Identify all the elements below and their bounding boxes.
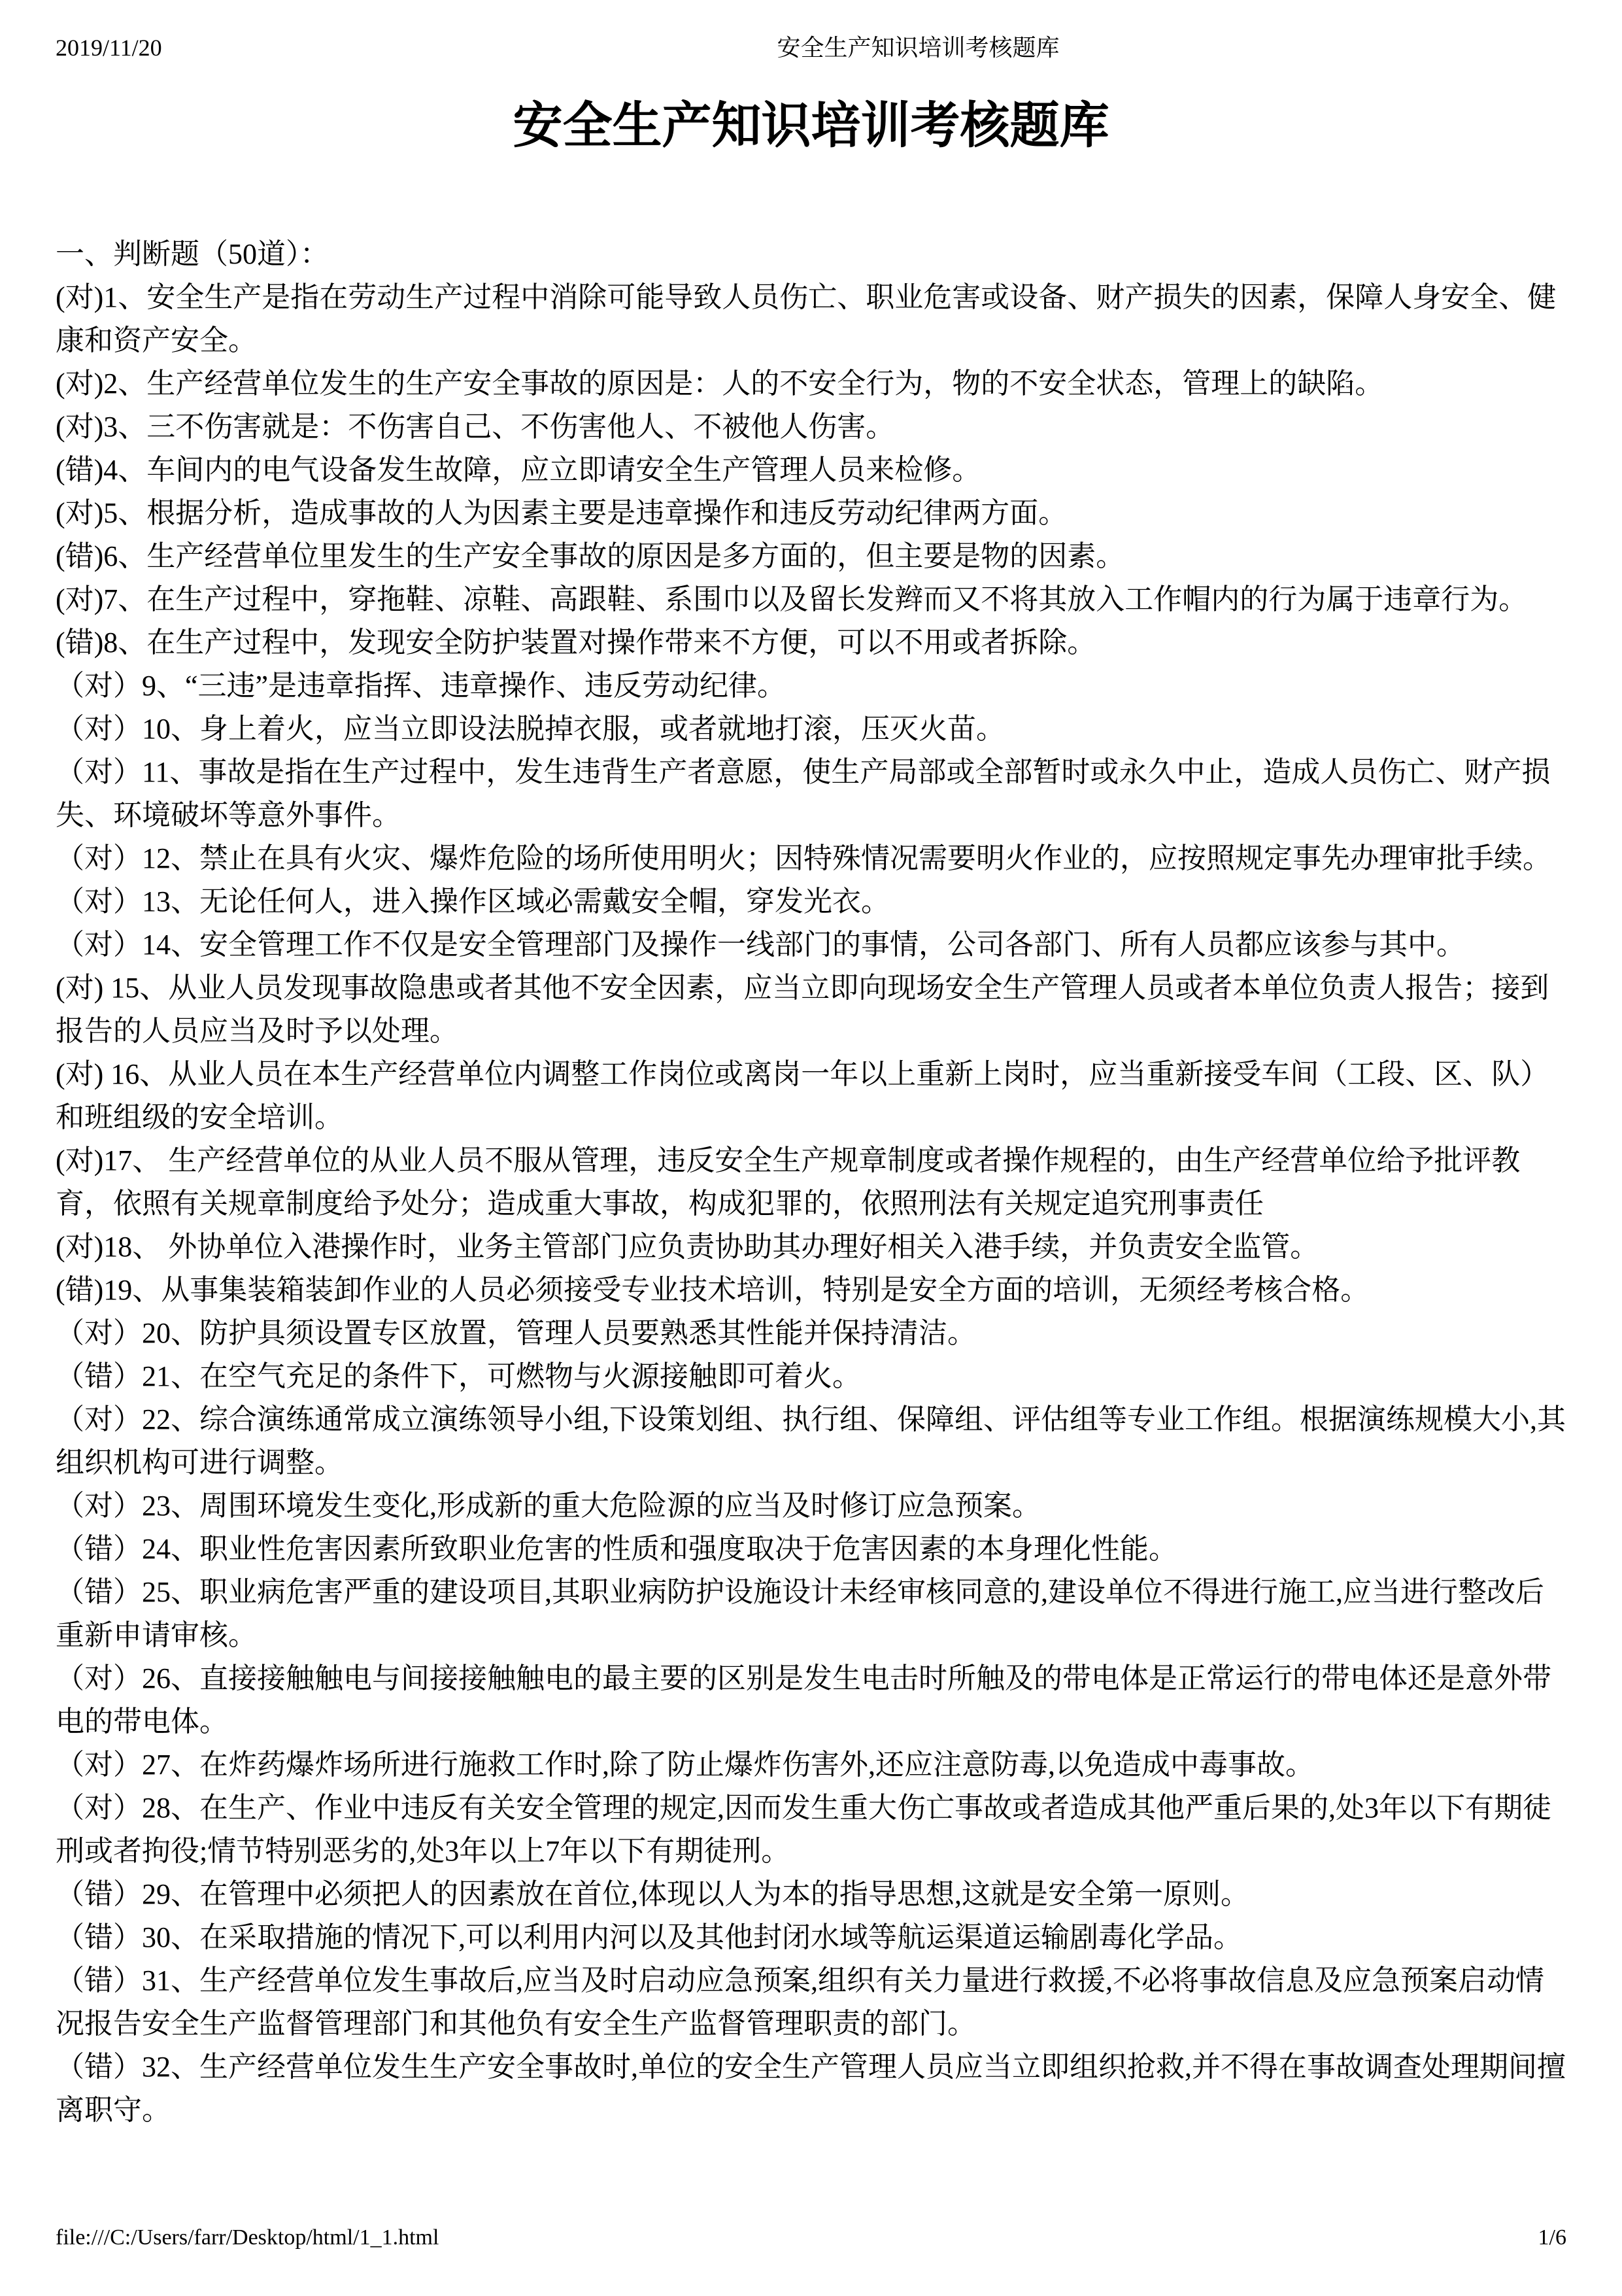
running-header-title: 安全生产知识培训考核题库 — [777, 33, 1060, 63]
question-item: （错）31、生产经营单位发生事故后,应当及时启动应急预案,组织有关力量进行救援,… — [56, 1959, 1569, 2046]
question-item: （错）29、在管理中必须把人的因素放在首位,体现以人为本的指导思想,这就是安全第… — [56, 1873, 1569, 1916]
question-item: （错）21、在空气充足的条件下，可燃物与火源接触即可着火。 — [56, 1355, 1569, 1398]
question-item: (对)5、根据分析，造成事故的人为因素主要是违章操作和违反劳动纪律两方面。 — [56, 492, 1569, 535]
question-item: （对）23、周围环境发生变化,形成新的重大危险源的应当及时修订应急预案。 — [56, 1484, 1569, 1528]
question-item: （对）28、在生产、作业中违反有关安全管理的规定,因而发生重大伤亡事故或者造成其… — [56, 1787, 1569, 1873]
question-item: （对）9、“三违”是违章指挥、违章操作、违反劳动纪律。 — [56, 664, 1569, 708]
document-title: 安全生产知识培训考核题库 — [0, 98, 1622, 155]
question-item: （对）20、防护具须设置专区放置，管理人员要熟悉其性能并保持清洁。 — [56, 1312, 1569, 1355]
section-heading: 一、判断题（50道）： — [56, 233, 1569, 276]
question-item: (对)18、 外协单位入港操作时，业务主管部门应负责协助其办理好相关入港手续，并… — [56, 1225, 1569, 1269]
file-path: file:///C:/Users/farr/Desktop/html/1_1.h… — [56, 2223, 439, 2252]
question-item: （对）12、禁止在具有火灾、爆炸危险的场所使用明火；因特殊情况需要明火作业的，应… — [56, 837, 1569, 880]
question-item: （对）10、身上着火，应当立即设法脱掉衣服，或者就地打滚，压灭火苗。 — [56, 708, 1569, 751]
question-item: （错）30、在采取措施的情况下,可以利用内河以及其他封闭水域等航运渠道运输剧毒化… — [56, 1916, 1569, 1959]
question-item: （错）32、生产经营单位发生生产安全事故时,单位的安全生产管理人员应当立即组织抢… — [56, 2046, 1569, 2132]
question-item: （对）13、无论任何人，进入操作区域必需戴安全帽，穿发光衣。 — [56, 880, 1569, 923]
question-item: (对) 15、从业人员发现事故隐患或者其他不安全因素，应当立即向现场安全生产管理… — [56, 967, 1569, 1053]
question-item: (对)7、在生产过程中，穿拖鞋、凉鞋、高跟鞋、系围巾以及留长发辫而又不将其放入工… — [56, 578, 1569, 621]
document-page: 2019/11/20 安全生产知识培训考核题库 安全生产知识培训考核题库 一、判… — [0, 0, 1622, 2296]
question-item: (错)19、从事集装箱装卸作业的人员必须接受专业技术培训，特别是安全方面的培训，… — [56, 1269, 1569, 1312]
question-item: （对）27、在炸药爆炸场所进行施救工作时,除了防止爆炸伤害外,还应注意防毒,以免… — [56, 1743, 1569, 1787]
print-date: 2019/11/20 — [56, 33, 162, 63]
question-item: （错）24、职业性危害因素所致职业危害的性质和强度取决于危害因素的本身理化性能。 — [56, 1528, 1569, 1571]
question-list: 一、判断题（50道）： (对)1、安全生产是指在劳动生产过程中消除可能导致人员伤… — [56, 233, 1569, 2132]
print-header: 2019/11/20 安全生产知识培训考核题库 — [56, 33, 1569, 63]
question-item: (对)2、生产经营单位发生的生产安全事故的原因是：人的不安全行为，物的不安全状态… — [56, 362, 1569, 405]
question-item: （错）25、职业病危害严重的建设项目,其职业病防护设施设计未经审核同意的,建设单… — [56, 1571, 1569, 1657]
question-item: (错)4、车间内的电气设备发生故障，应立即请安全生产管理人员来检修。 — [56, 449, 1569, 492]
question-item: (对)17、 生产经营单位的从业人员不服从管理，违反安全生产规章制度或者操作规程… — [56, 1139, 1569, 1225]
question-item: （对）22、综合演练通常成立演练领导小组,下设策划组、执行组、保障组、评估组等专… — [56, 1398, 1569, 1484]
question-item: (对)1、安全生产是指在劳动生产过程中消除可能导致人员伤亡、职业危害或设备、财产… — [56, 276, 1569, 362]
question-item: (错)6、生产经营单位里发生的生产安全事故的原因是多方面的，但主要是物的因素。 — [56, 535, 1569, 578]
page-number: 1/6 — [1538, 2223, 1566, 2252]
question-item: （对）14、安全管理工作不仅是安全管理部门及操作一线部门的事情，公司各部门、所有… — [56, 923, 1569, 967]
question-item: （对）26、直接接触触电与间接接触触电的最主要的区别是发生电击时所触及的带电体是… — [56, 1657, 1569, 1743]
question-item: （对）11、事故是指在生产过程中，发生违背生产者意愿，使生产局部或全部暂时或永久… — [56, 751, 1569, 837]
question-item: (错)8、在生产过程中，发现安全防护装置对操作带来不方便，可以不用或者拆除。 — [56, 621, 1569, 664]
question-item: (对) 16、从业人员在本生产经营单位内调整工作岗位或离岗一年以上重新上岗时，应… — [56, 1053, 1569, 1139]
question-item: (对)3、三不伤害就是：不伤害自己、不伤害他人、不被他人伤害。 — [56, 405, 1569, 449]
